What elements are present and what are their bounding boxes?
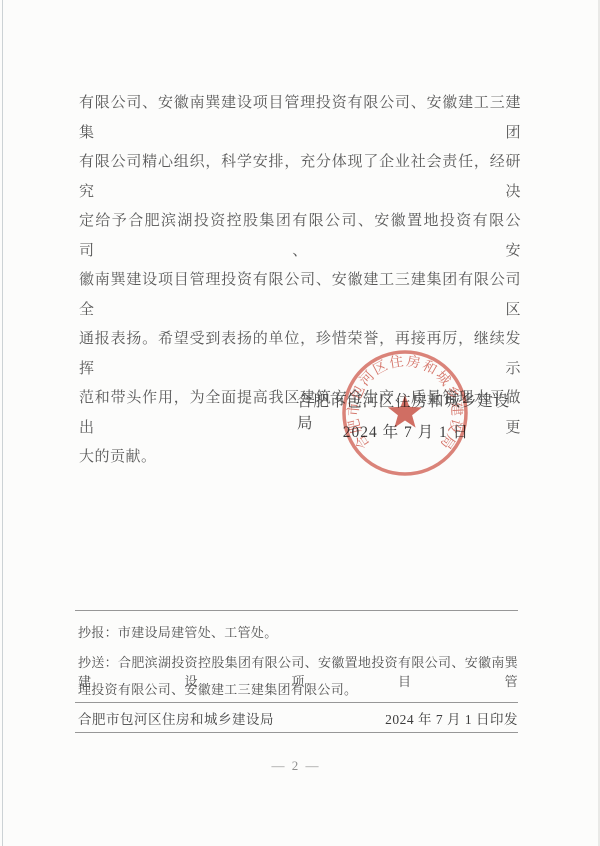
body-line: 徽南巽建设项目管理投资有限公司、安徽建工三建集团有限公司全区: [79, 266, 521, 325]
issuance-row: 合肥市包河区住房和城乡建设局 2024 年 7 月 1 日印发: [78, 708, 518, 728]
divider-middle: [75, 702, 518, 703]
copy-send-line-2: 理投资有限公司、安徽建工三建集团有限公司。: [78, 679, 518, 698]
body-line: 定给予合肥滨湖投资控股集团有限公司、安徽置地投资有限公司、安: [79, 207, 521, 266]
print-date: 2024 年 7 月 1 日印发: [385, 708, 518, 728]
issuing-agency: 合肥市包河区住房和城乡建设局: [78, 708, 274, 728]
divider-top: [75, 610, 518, 611]
scan-edge-left: [2, 0, 3, 846]
body-line: 有限公司精心组织，科学安排，充分体现了企业社会责任，经研究决: [79, 148, 521, 207]
copy-report-line: 抄报：市建设局建管处、工管处。: [78, 622, 518, 641]
divider-bottom: [75, 732, 518, 733]
page-number: — 2 —: [0, 758, 592, 774]
official-seal-stamp: 合肥市包河区住房和城乡建设局: [340, 348, 470, 478]
body-line: 有限公司、安徽南巽建设项目管理投资有限公司、安徽建工三建集团: [79, 89, 521, 148]
seal-star-icon: [388, 395, 422, 428]
document-page: 有限公司、安徽南巽建设项目管理投资有限公司、安徽建工三建集团 有限公司精心组织，…: [0, 0, 600, 846]
